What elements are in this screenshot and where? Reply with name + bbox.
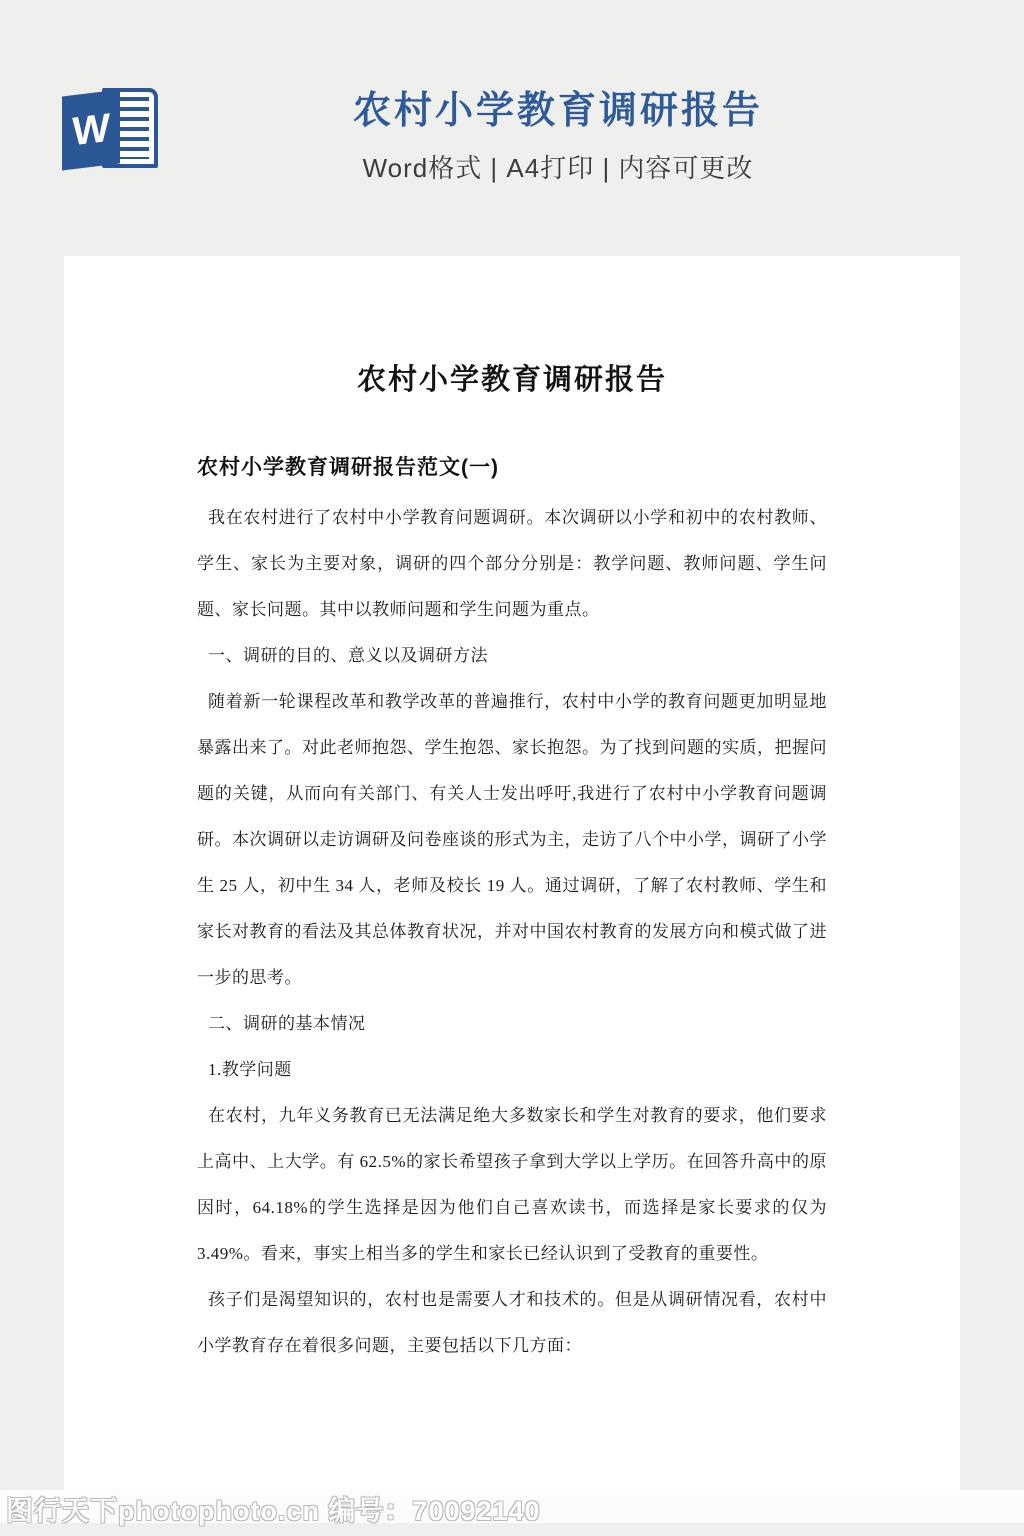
watermark-text: 图行天下photophoto.cn 编号：70092140 [6,1489,541,1528]
template-title: 农村小学教育调研报告 [156,88,960,136]
footer-strip: 图行天下photophoto.cn 编号：70092140 [0,1490,1024,1523]
document-body: 我在农村进行了农村中小学教育问题调研。本次调研以小学和初中的农村教师、学生、家长… [197,495,827,1369]
body-paragraph: 随着新一轮课程改革和教学改革的普遍推行，农村中小学的教育问题更加明显地暴露出来了… [197,679,827,1001]
document-page: 农村小学教育调研报告 农村小学教育调研报告范文(一) 我在农村进行了农村中小学教… [64,256,960,1490]
word-logo-letter: W [72,108,110,153]
template-subtitle: Word格式 | A4打印 | 内容可更改 [156,148,960,185]
document-heading: 农村小学教育调研报告范文(一) [197,453,827,483]
section-heading: 1.教学问题 [197,1047,827,1093]
document-title: 农村小学教育调研报告 [197,360,827,401]
section-heading: 一、调研的目的、意义以及调研方法 [197,633,827,679]
word-file-icon: W [62,84,158,174]
body-paragraph: 我在农村进行了农村中小学教育问题调研。本次调研以小学和初中的农村教师、学生、家长… [197,495,827,633]
body-paragraph: 孩子们是渴望知识的，农村也是需要人才和技术的。但是从调研情况看，农村中小学教育存… [197,1277,827,1369]
header: 农村小学教育调研报告 Word格式 | A4打印 | 内容可更改 [156,88,960,185]
body-paragraph: 在农村，九年义务教育已无法满足绝大多数家长和学生对教育的要求，他们要求上高中、上… [197,1093,827,1277]
document-text-lines-icon [115,97,149,159]
word-logo-cover-icon: W [62,89,120,170]
section-heading: 二、调研的基本情况 [197,1001,827,1047]
